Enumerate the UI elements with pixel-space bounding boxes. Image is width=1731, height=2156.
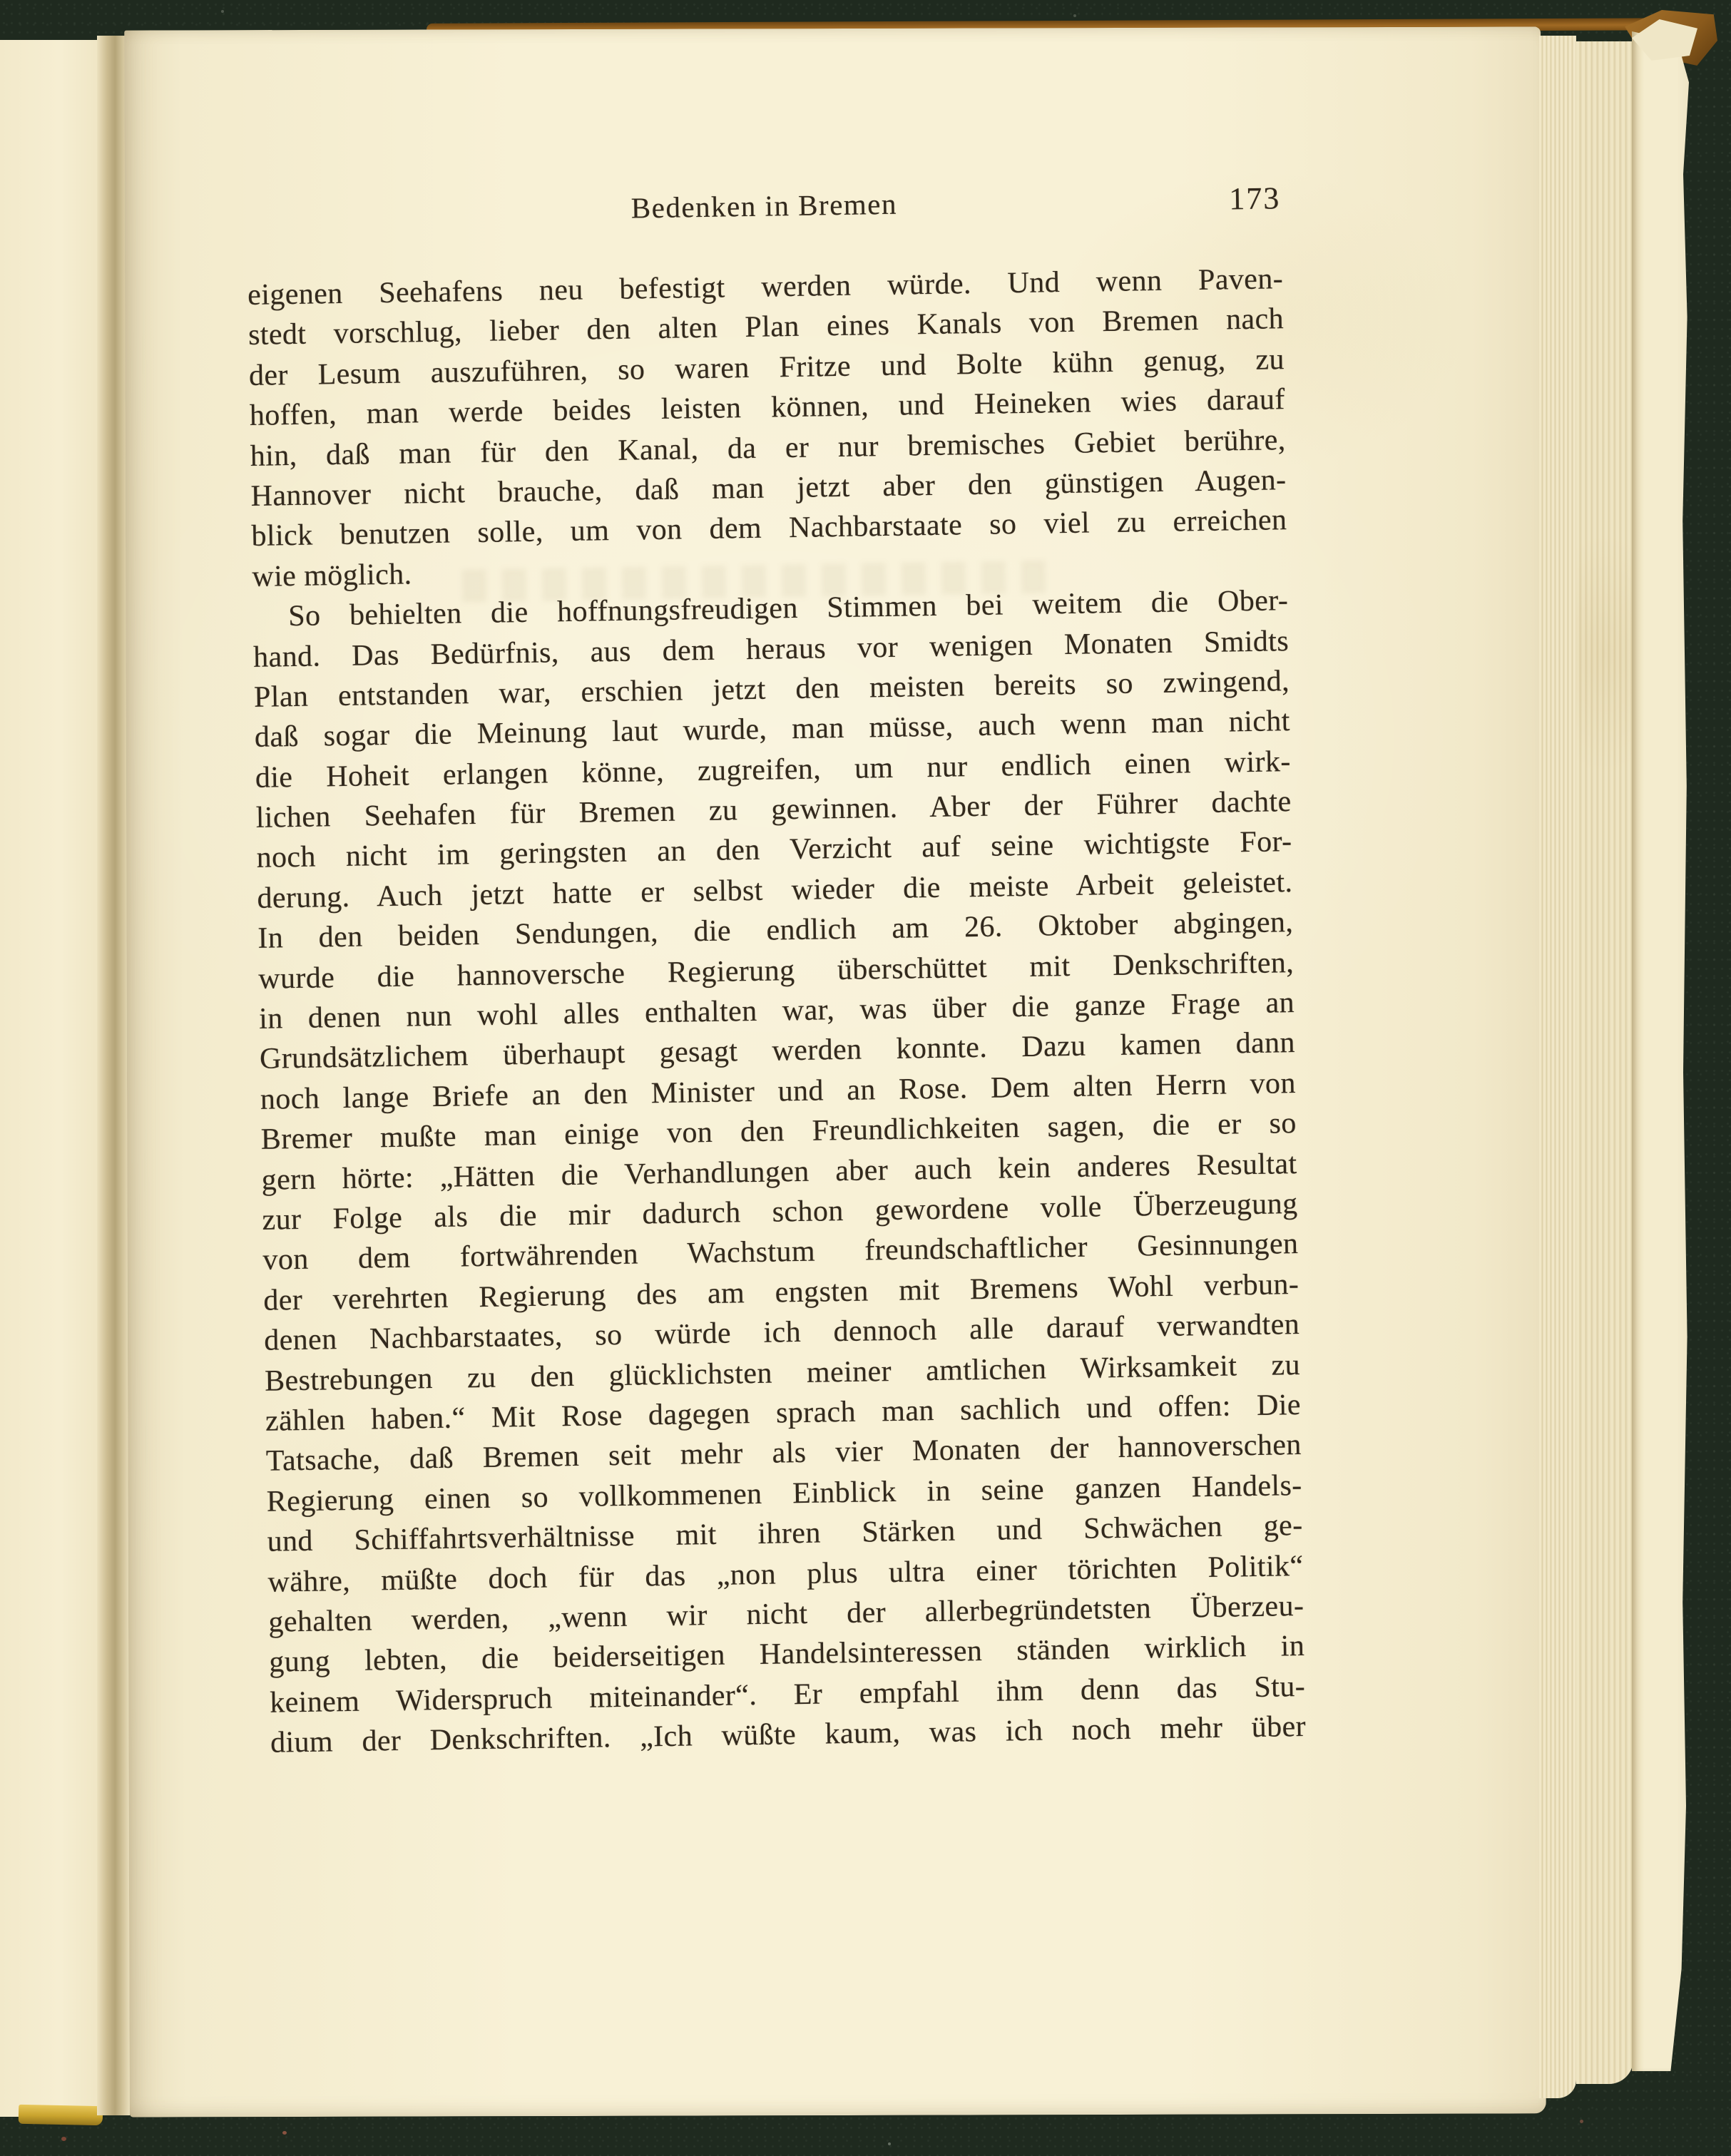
dust-speck [1073,14,1076,17]
dust-speck [61,2137,66,2141]
book-photo: Bedenken in Bremen 173 eigenen Seehafens… [0,0,1731,2156]
fore-edge-pages [1576,41,1633,2084]
deckle-page-edge [1632,31,1689,2071]
dust-speck [282,2131,287,2135]
dust-speck [1580,2120,1583,2123]
text-body: eigenen Seehafens neu befestigt werden w… [247,259,1307,1763]
dust-speck [888,2142,891,2145]
gilt-page-edge [19,2105,103,2125]
dust-speck [221,10,224,13]
fore-edge-pages [1539,36,1576,2098]
page-number: 173 [1229,178,1281,219]
page-content: Bedenken in Bremen 173 eigenen Seehafens… [246,178,1306,1763]
facing-page-edge [0,40,101,2117]
